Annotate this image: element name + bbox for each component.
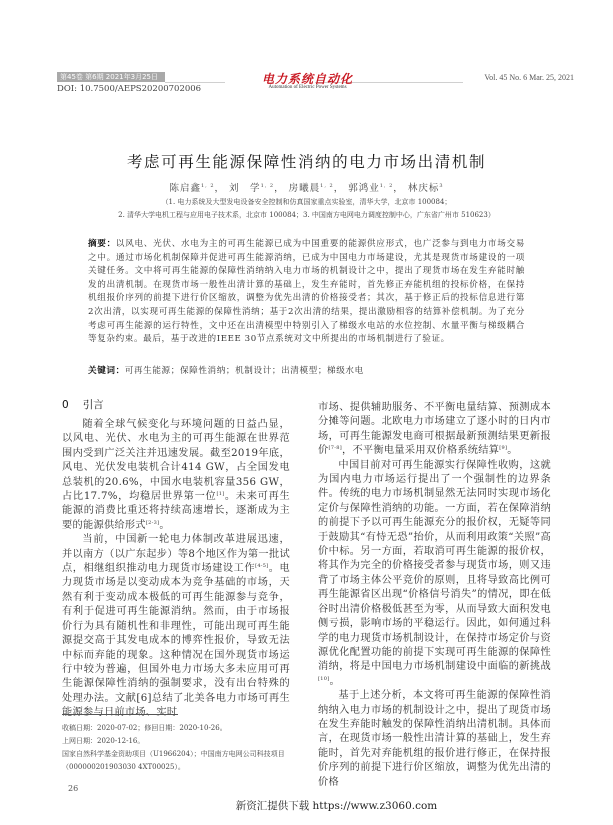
section-title: 引言: [83, 399, 104, 411]
page-number: 26: [68, 784, 78, 793]
author-name: 刘 学: [229, 183, 261, 194]
section-heading: 0引言: [62, 397, 104, 412]
paragraph-text: ，不平衡电量采用双价格系统结算: [342, 445, 499, 456]
issue-info-bar: 第45卷 第6期 2021年3月25日: [57, 72, 165, 82]
author-name: 陈启鑫: [169, 183, 201, 194]
paper-title: 考虑可再生能源保障性消纳的电力市场出清机制: [0, 150, 613, 172]
citation: [2-3]: [146, 520, 159, 526]
author-affiliation-mark: 1, 2: [320, 183, 334, 189]
keywords: 关键词：可再生能源；保障性消纳；机制设计；出清模型；梯级水电: [88, 364, 525, 376]
citation: [10]: [318, 676, 329, 682]
author-affiliation-mark: 3: [439, 183, 443, 189]
author-name: 林庆标: [408, 183, 440, 194]
online-date: 上网日期：2020-12-16。: [62, 735, 292, 748]
paragraph: 市场、提供辅助服务、不平衡电量结算、预测成本分摊等问题。北欧电力市场建立了逐小时…: [318, 401, 551, 459]
footnotes: 收稿日期：2020-07-02；修回日期：2020-10-26。 上网日期：20…: [62, 722, 292, 774]
abstract-text: 以风电、光伏、水电为主的可再生能源已成为中国重要的能源供应形式，也广泛参与到电力…: [88, 239, 525, 344]
received-date: 收稿日期：2020-07-02；修回日期：2020-10-26。: [62, 722, 292, 735]
paragraph: 随着全球气候变化与环境问题的日益凸显，以风电、光伏、水电为主的可再生能源在世界范…: [62, 418, 290, 533]
citation: [4-5]: [255, 563, 268, 569]
footnote-divider: [62, 714, 178, 715]
author-affiliation-mark: 1, 2: [201, 183, 215, 189]
paragraph-text: 。电力现货市场是以变动成本为竞争基础的市场，天然有利于变动成本极低的可再生能源参…: [62, 563, 290, 718]
keywords-text: 可再生能源；保障性消纳；机制设计；出清模型；梯级水电: [125, 366, 364, 376]
paragraph-text: 中国目前对可再生能源实行保障性收购，这就为国内电力市场运行提出了一个强制性的边界…: [318, 460, 551, 673]
journal-logo-subtitle: Automation of Electric Power Systems: [240, 85, 375, 90]
author-affiliation-mark: 1, 2: [380, 183, 394, 189]
keywords-label: 关键词：: [88, 366, 125, 376]
paragraph-text: 。: [507, 445, 518, 456]
author-list: 陈启鑫1, 2， 刘 学1, 2， 房曦晨1, 2， 郭鸿业1, 2， 林庆标3: [0, 180, 613, 194]
body-column-left: 随着全球气候变化与环境问题的日益凸显，以风电、光伏、水电为主的可再生能源在世界范…: [62, 418, 290, 721]
funding-info: 国家自然科学基金资助项目（U1966204）；中国南方电网公司科技项目（0000…: [62, 748, 292, 774]
author-name: 房曦晨: [289, 183, 321, 194]
author-name: 郭鸿业: [348, 183, 380, 194]
body-column-right: 市场、提供辅助服务、不平衡电量结算、预测成本分摊等问题。北欧电力市场建立了逐小时…: [318, 401, 551, 790]
volume-info: Vol. 45 No. 6 Mar. 25, 2021: [400, 73, 574, 82]
abstract-label: 摘要：: [88, 239, 116, 249]
paragraph-text: 基于上述分析，本文将可再生能源的保障性消纳纳入电力市场的机制设计之中，提出了现货…: [318, 690, 551, 787]
abstract: 摘要：以风电、光伏、水电为主的可再生能源已成为中国重要的能源供应形式，也广泛参与…: [88, 238, 525, 347]
header-divider-left: [165, 82, 225, 83]
paragraph-text: 随着全球气候变化与环境问题的日益凸显，以风电、光伏、水电为主的可再生能源在世界范…: [62, 419, 290, 502]
paragraph-text: 。: [159, 520, 170, 531]
paragraph: 当前，中国新一轮电力体制改革进展迅速，并以南方（以广东起步）等8个地区作为第一批…: [62, 533, 290, 720]
affiliation-line-1: （1. 电力系统及大型发电设备安全控制和仿真国家重点实验室，清华大学，北京市 1…: [0, 197, 613, 207]
author-affiliation-mark: 1, 2: [261, 183, 275, 189]
doi-text: DOI: 10.7500/AEPS20200702006: [57, 84, 201, 94]
citation: [7-8]: [329, 445, 342, 451]
paragraph: 基于上述分析，本文将可再生能源的保障性消纳纳入电力市场的机制设计之中，提出了现货…: [318, 689, 551, 790]
paragraph: 中国目前对可再生能源实行保障性收购，这就为国内电力市场运行提出了一个强制性的边界…: [318, 459, 551, 690]
paragraph-text: 。: [329, 676, 340, 687]
download-watermark: 新资汇提供下载 https://www.z3060.com: [0, 798, 613, 813]
section-number: 0: [62, 399, 69, 411]
affiliation-line-2: 2. 清华大学电机工程与应用电子技术系，北京市 100084；3. 中国南方电网…: [0, 210, 613, 220]
